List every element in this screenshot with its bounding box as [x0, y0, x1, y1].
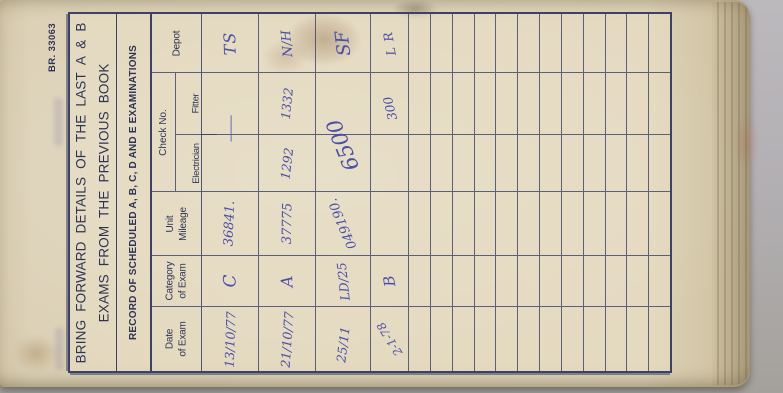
cell-depot [540, 14, 561, 73]
cell-date [518, 307, 539, 371]
cell-fitter [606, 73, 627, 135]
cell-category [540, 256, 561, 307]
header-category: Category of Exam [152, 256, 201, 307]
cell-date [606, 307, 627, 371]
cell-category: LD/25 [316, 256, 370, 307]
cell-depot: L R [371, 14, 408, 73]
cell-fitter [496, 73, 517, 135]
table-row [627, 14, 649, 371]
cell-category [453, 256, 474, 307]
table-row [409, 14, 431, 371]
cell-depot: SF [316, 14, 370, 73]
header-fitter-label: Fitter [191, 94, 202, 114]
cell-mileage [649, 192, 670, 256]
header-date: Date of Exam [152, 307, 201, 371]
handwriting-fitter: — [223, 116, 238, 142]
cell-date [649, 307, 670, 371]
form-title: BRING FORWARD DETAILS OF THE LAST A & B … [70, 14, 117, 371]
handwriting-category: C [220, 274, 240, 287]
cell-fitter [540, 73, 561, 135]
header-date-label: Date of Exam [164, 321, 190, 356]
cell-electrician [496, 135, 517, 192]
cell-date [627, 307, 648, 371]
cell-electrician [202, 135, 258, 192]
cell-electrician [649, 135, 670, 192]
cell-date [496, 307, 517, 371]
cell-depot [431, 14, 452, 73]
cell-category: B [371, 256, 408, 307]
cell-depot [409, 14, 430, 73]
photo-background: BR. 33063 BRING FORWARD DETAILS OF THE L… [0, 0, 783, 393]
cell-fitter [518, 73, 539, 135]
table-row [518, 14, 540, 371]
cell-fitter [431, 73, 452, 135]
header-check-no-label-cell: Check No. [152, 73, 176, 191]
table-row: L R300B2-1-78 [371, 14, 409, 371]
table-row [431, 14, 453, 371]
ink-bleed-smudge [54, 98, 63, 146]
cell-electrician [518, 135, 539, 192]
table-row [496, 14, 518, 371]
cell-depot [496, 14, 517, 73]
ink-bleed-smudge [55, 328, 64, 370]
cell-depot [562, 14, 583, 73]
cell-electrician [453, 135, 474, 192]
handwriting-mileage: 049190. [326, 196, 361, 251]
cell-date [584, 307, 605, 371]
handwriting-date: 25/11 [334, 325, 353, 363]
cell-mileage [627, 192, 648, 256]
cell-electrician [371, 135, 408, 192]
table-row: N/H1332129237775A21/10/77 [259, 14, 316, 371]
handwriting-date: 13/10/77 [222, 311, 239, 368]
handwriting-fitter: 300 [379, 95, 399, 122]
form-title-text: BRING FORWARD DETAILS OF THE LAST A & B … [70, 22, 116, 363]
cell-category [584, 256, 605, 307]
handwriting-date: 21/10/77 [278, 310, 297, 367]
header-unit-mileage-label: Unit Mileage [164, 207, 190, 241]
table-row [584, 14, 606, 371]
cell-mileage [431, 192, 452, 256]
handwriting-electrician: 1292 [278, 146, 297, 179]
cell-mileage [409, 192, 430, 256]
handwriting-category: LD/25 [334, 261, 353, 301]
cell-mileage [453, 192, 474, 256]
table-row [453, 14, 475, 371]
cell-category [475, 256, 496, 307]
cell-mileage [496, 192, 517, 256]
cell-fitter [584, 73, 605, 135]
handwriting-category: B [380, 274, 400, 288]
cell-category [606, 256, 627, 307]
cell-mileage [371, 192, 408, 256]
cell-category [496, 256, 517, 307]
exam-table: Depot Check No. Fitter Electrician [152, 14, 670, 371]
cell-category: C [202, 256, 258, 307]
cell-fitter [453, 73, 474, 135]
form-caption-text: RECORD OF SCHEDULED A, B, C, D AND E EXA… [128, 45, 139, 340]
cell-date: 2-1-78 [371, 307, 408, 371]
header-electrician-label: Electrician [191, 143, 202, 184]
cell-mileage: 049190. [316, 192, 370, 256]
cell-fitter [627, 73, 648, 135]
cell-date: 13/10/77 [202, 307, 258, 371]
form-number-text: BR. 33063 [48, 22, 59, 71]
cell-electrician [584, 135, 605, 192]
handwriting-date: 2-1-78 [374, 320, 406, 359]
cell-category: A [259, 256, 315, 307]
cell-depot [627, 14, 648, 73]
cell-fitter: 1332 [259, 73, 315, 135]
cell-category [649, 256, 670, 307]
header-unit-mileage: Unit Mileage [152, 192, 201, 256]
handwriting-depot: TS [220, 31, 240, 55]
cell-fitter [475, 73, 496, 135]
table-row [540, 14, 562, 371]
cell-mileage [606, 192, 627, 256]
cell-electrician [409, 135, 430, 192]
table-row: TS—36841.C13/10/77 [202, 14, 259, 371]
table-header-row: Depot Check No. Fitter Electrician [152, 14, 202, 371]
handwriting-category: A [277, 275, 297, 288]
table-row [606, 14, 628, 371]
cell-electrician [606, 135, 627, 192]
cell-mileage [584, 192, 605, 256]
cell-date [475, 307, 496, 371]
cell-electrician: 1292 [259, 135, 315, 192]
cell-date [409, 307, 430, 371]
cell-mileage [562, 192, 583, 256]
cell-date: 25/11 [316, 307, 370, 371]
stain [6, 330, 66, 378]
cell-date [540, 307, 561, 371]
cell-mileage: 37775 [259, 192, 315, 256]
handwriting-mileage: 37775 [279, 203, 295, 245]
form-number: BR. 33063 [40, 18, 66, 76]
cell-fitter: 300 [371, 73, 408, 135]
cell-depot [649, 14, 670, 73]
cell-mileage [540, 192, 561, 256]
form-caption: RECORD OF SCHEDULED A, B, C, D AND E EXA… [117, 14, 152, 371]
header-check-no: Check No. Fitter Electrician [152, 73, 201, 192]
cell-electrician [431, 135, 452, 192]
cell-fitter [409, 73, 430, 135]
cell-mileage [475, 192, 496, 256]
handwriting-mileage: 36841. [222, 201, 239, 247]
cell-mileage [518, 192, 539, 256]
cell-electrician [627, 135, 648, 192]
handwriting-depot: L R [380, 30, 399, 57]
header-category-label: Category of Exam [163, 262, 189, 301]
cell-category [431, 256, 452, 307]
cell-date [431, 307, 452, 371]
cell-category [627, 256, 648, 307]
page-stack-edge [712, 2, 750, 385]
cell-fitter [649, 73, 670, 135]
cell-depot [518, 14, 539, 73]
cell-depot [606, 14, 627, 73]
page: BR. 33063 BRING FORWARD DETAILS OF THE L… [0, 0, 750, 387]
handwriting-depot: SF [331, 29, 355, 56]
header-check-no-label: Check No. [158, 109, 169, 156]
handwriting-depot: N/H [279, 29, 296, 57]
table-row [649, 14, 670, 371]
cell-category [409, 256, 430, 307]
cell-fitter: — [202, 73, 258, 135]
table-row [475, 14, 497, 371]
header-depot: Depot [152, 14, 201, 73]
cell-electrician [562, 135, 583, 192]
handwriting-fitter: 1332 [278, 87, 296, 120]
form-box: BRING FORWARD DETAILS OF THE LAST A & B … [68, 12, 672, 373]
cell-fitter [562, 73, 583, 135]
cell-category [562, 256, 583, 307]
cell-date [453, 307, 474, 371]
header-depot-label: Depot [170, 30, 183, 56]
cell-electrician [475, 135, 496, 192]
cell-depot: N/H [259, 14, 315, 73]
cell-electrician [540, 135, 561, 192]
cell-date: 21/10/77 [259, 307, 315, 371]
cell-depot [453, 14, 474, 73]
cell-depot [475, 14, 496, 73]
table-row: SF6500049190.LD/2525/11 [316, 14, 371, 371]
cell-depot [584, 14, 605, 73]
cell-category [518, 256, 539, 307]
cell-mileage: 36841. [202, 192, 258, 256]
cell-electrician: 6500 [316, 135, 370, 192]
cell-depot: TS [202, 14, 258, 73]
table-row [562, 14, 584, 371]
cell-date [562, 307, 583, 371]
